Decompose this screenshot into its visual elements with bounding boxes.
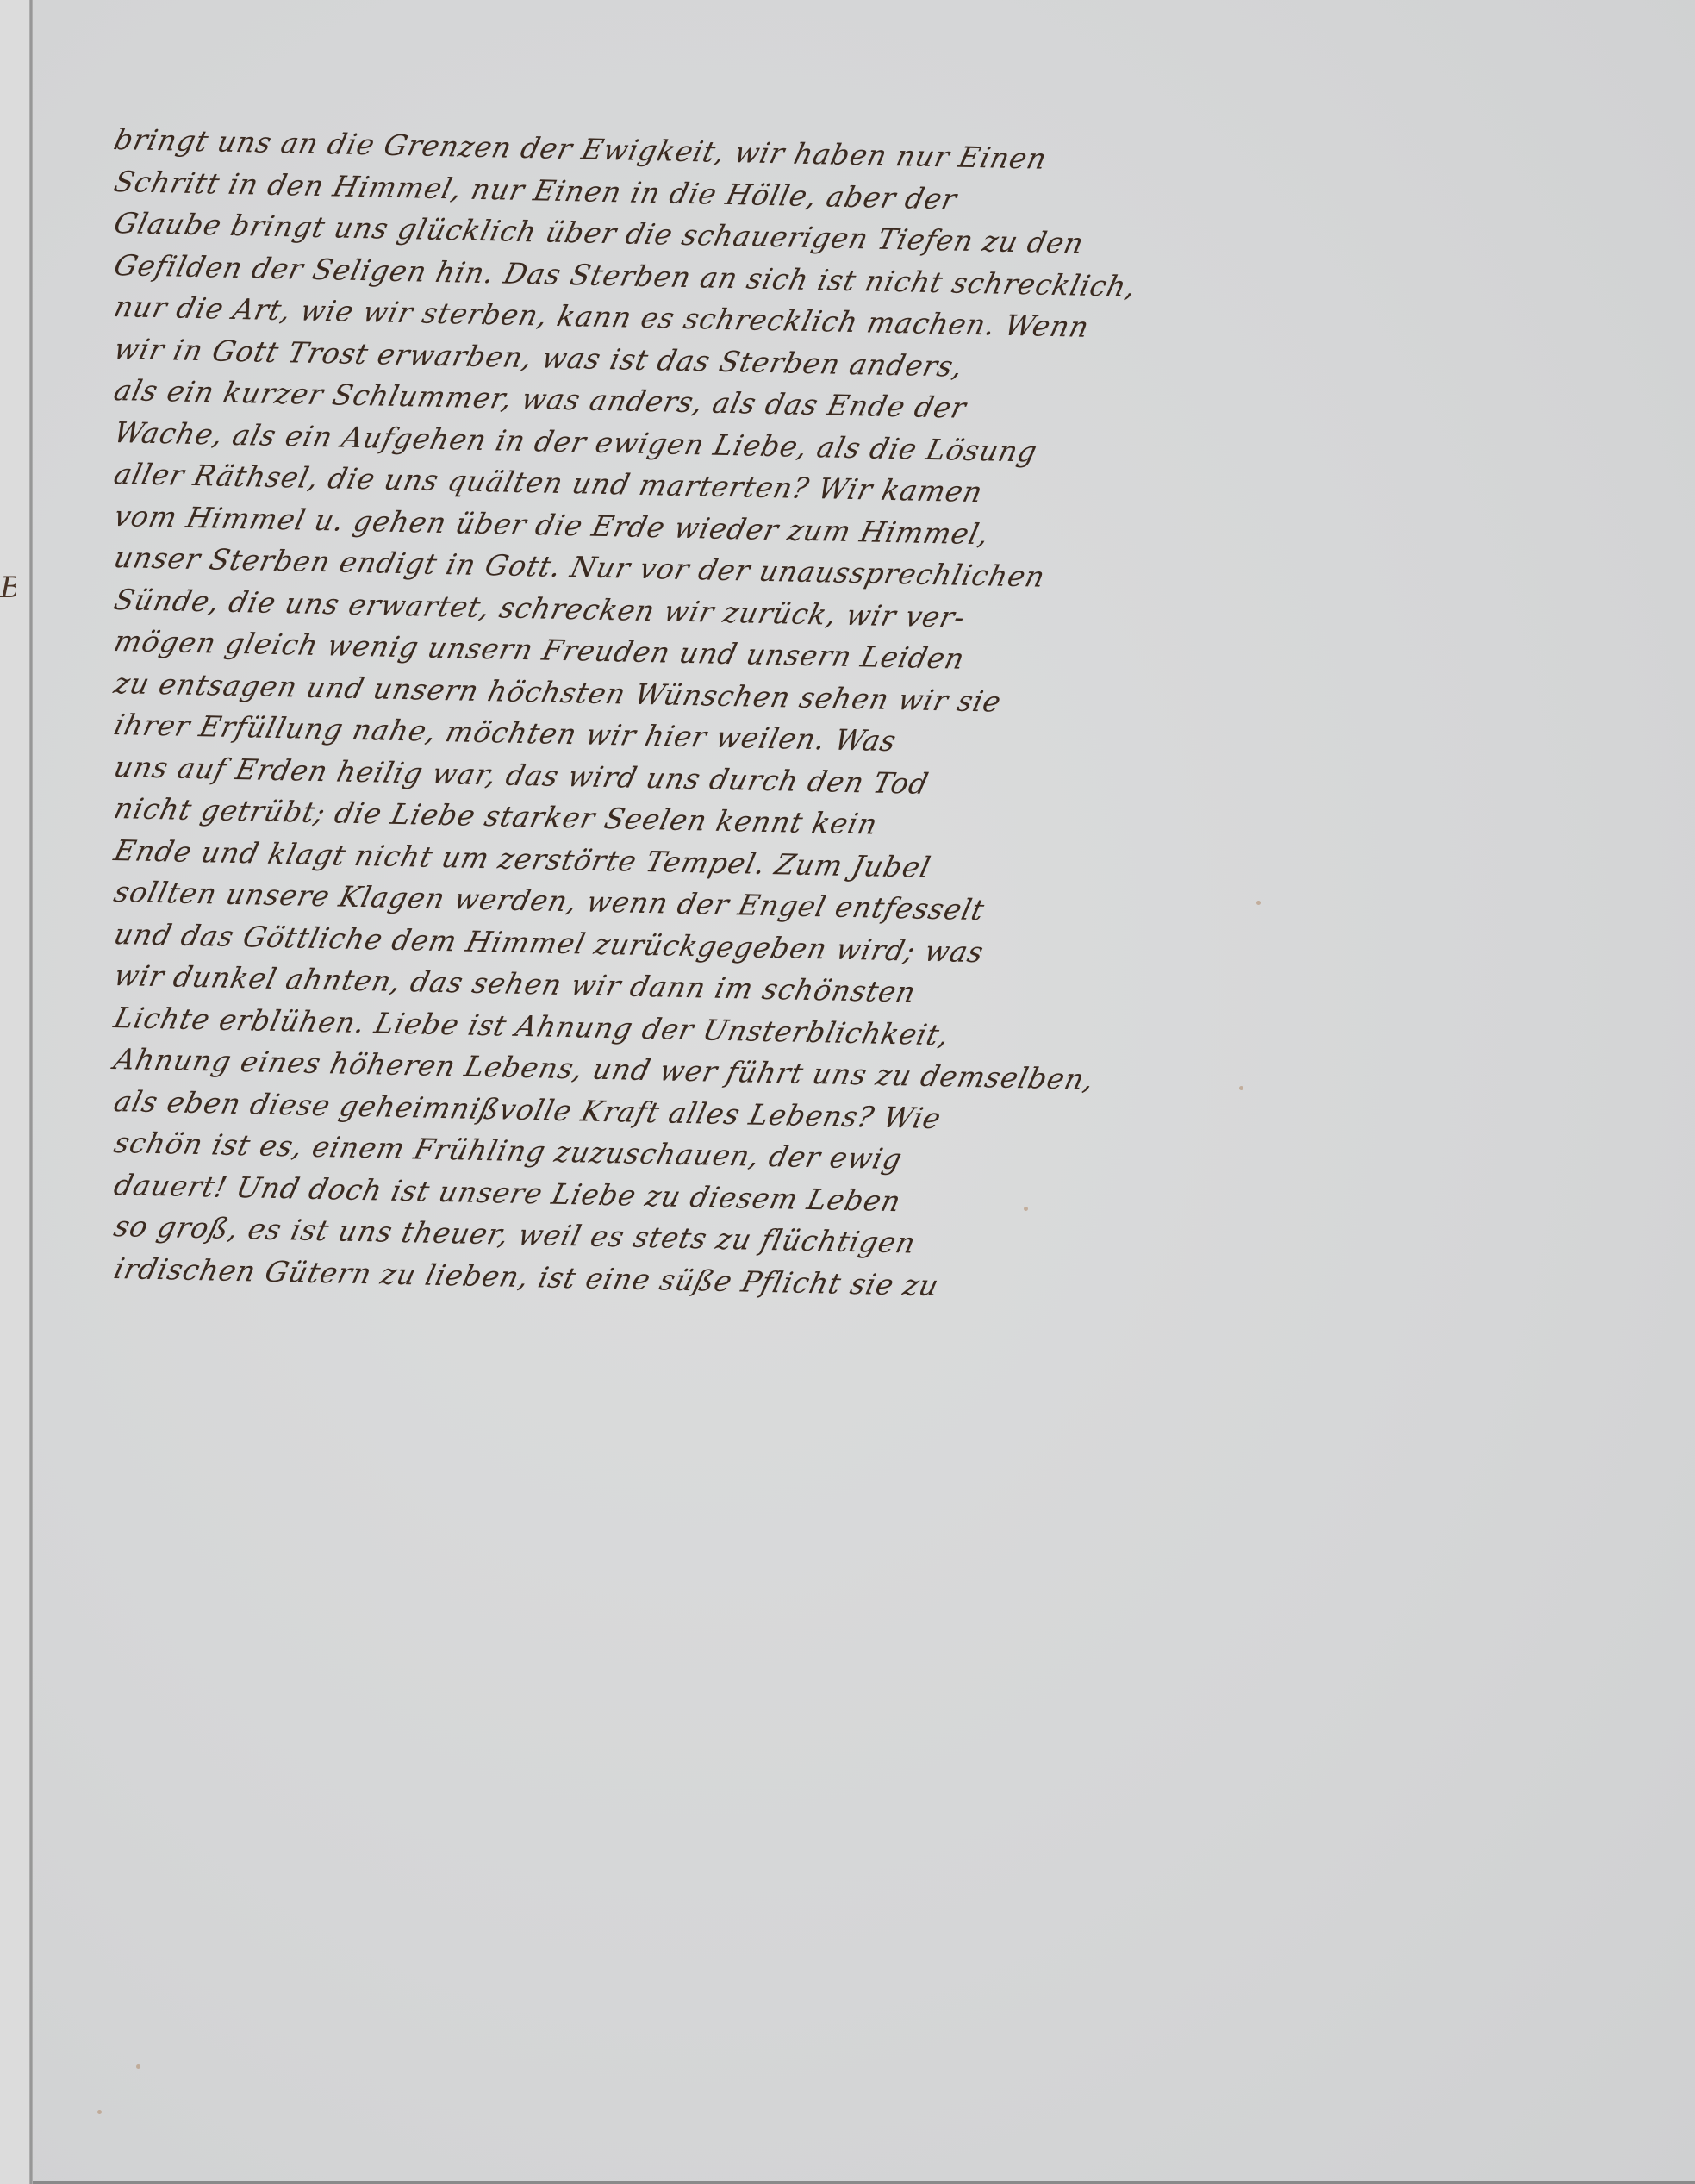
left-margin-strip: B (0, 0, 31, 2184)
paper-speck (136, 2064, 140, 2069)
manuscript-page: bringt uns an die Grenzen der Ewigkeit, … (33, 0, 1695, 2184)
margin-letter-fragment: B (0, 573, 16, 602)
paper-speck (97, 2110, 102, 2114)
handwritten-text-block: bringt uns an die Grenzen der Ewigkeit, … (115, 119, 1269, 1289)
page-bottom-edge (33, 2181, 1695, 2184)
